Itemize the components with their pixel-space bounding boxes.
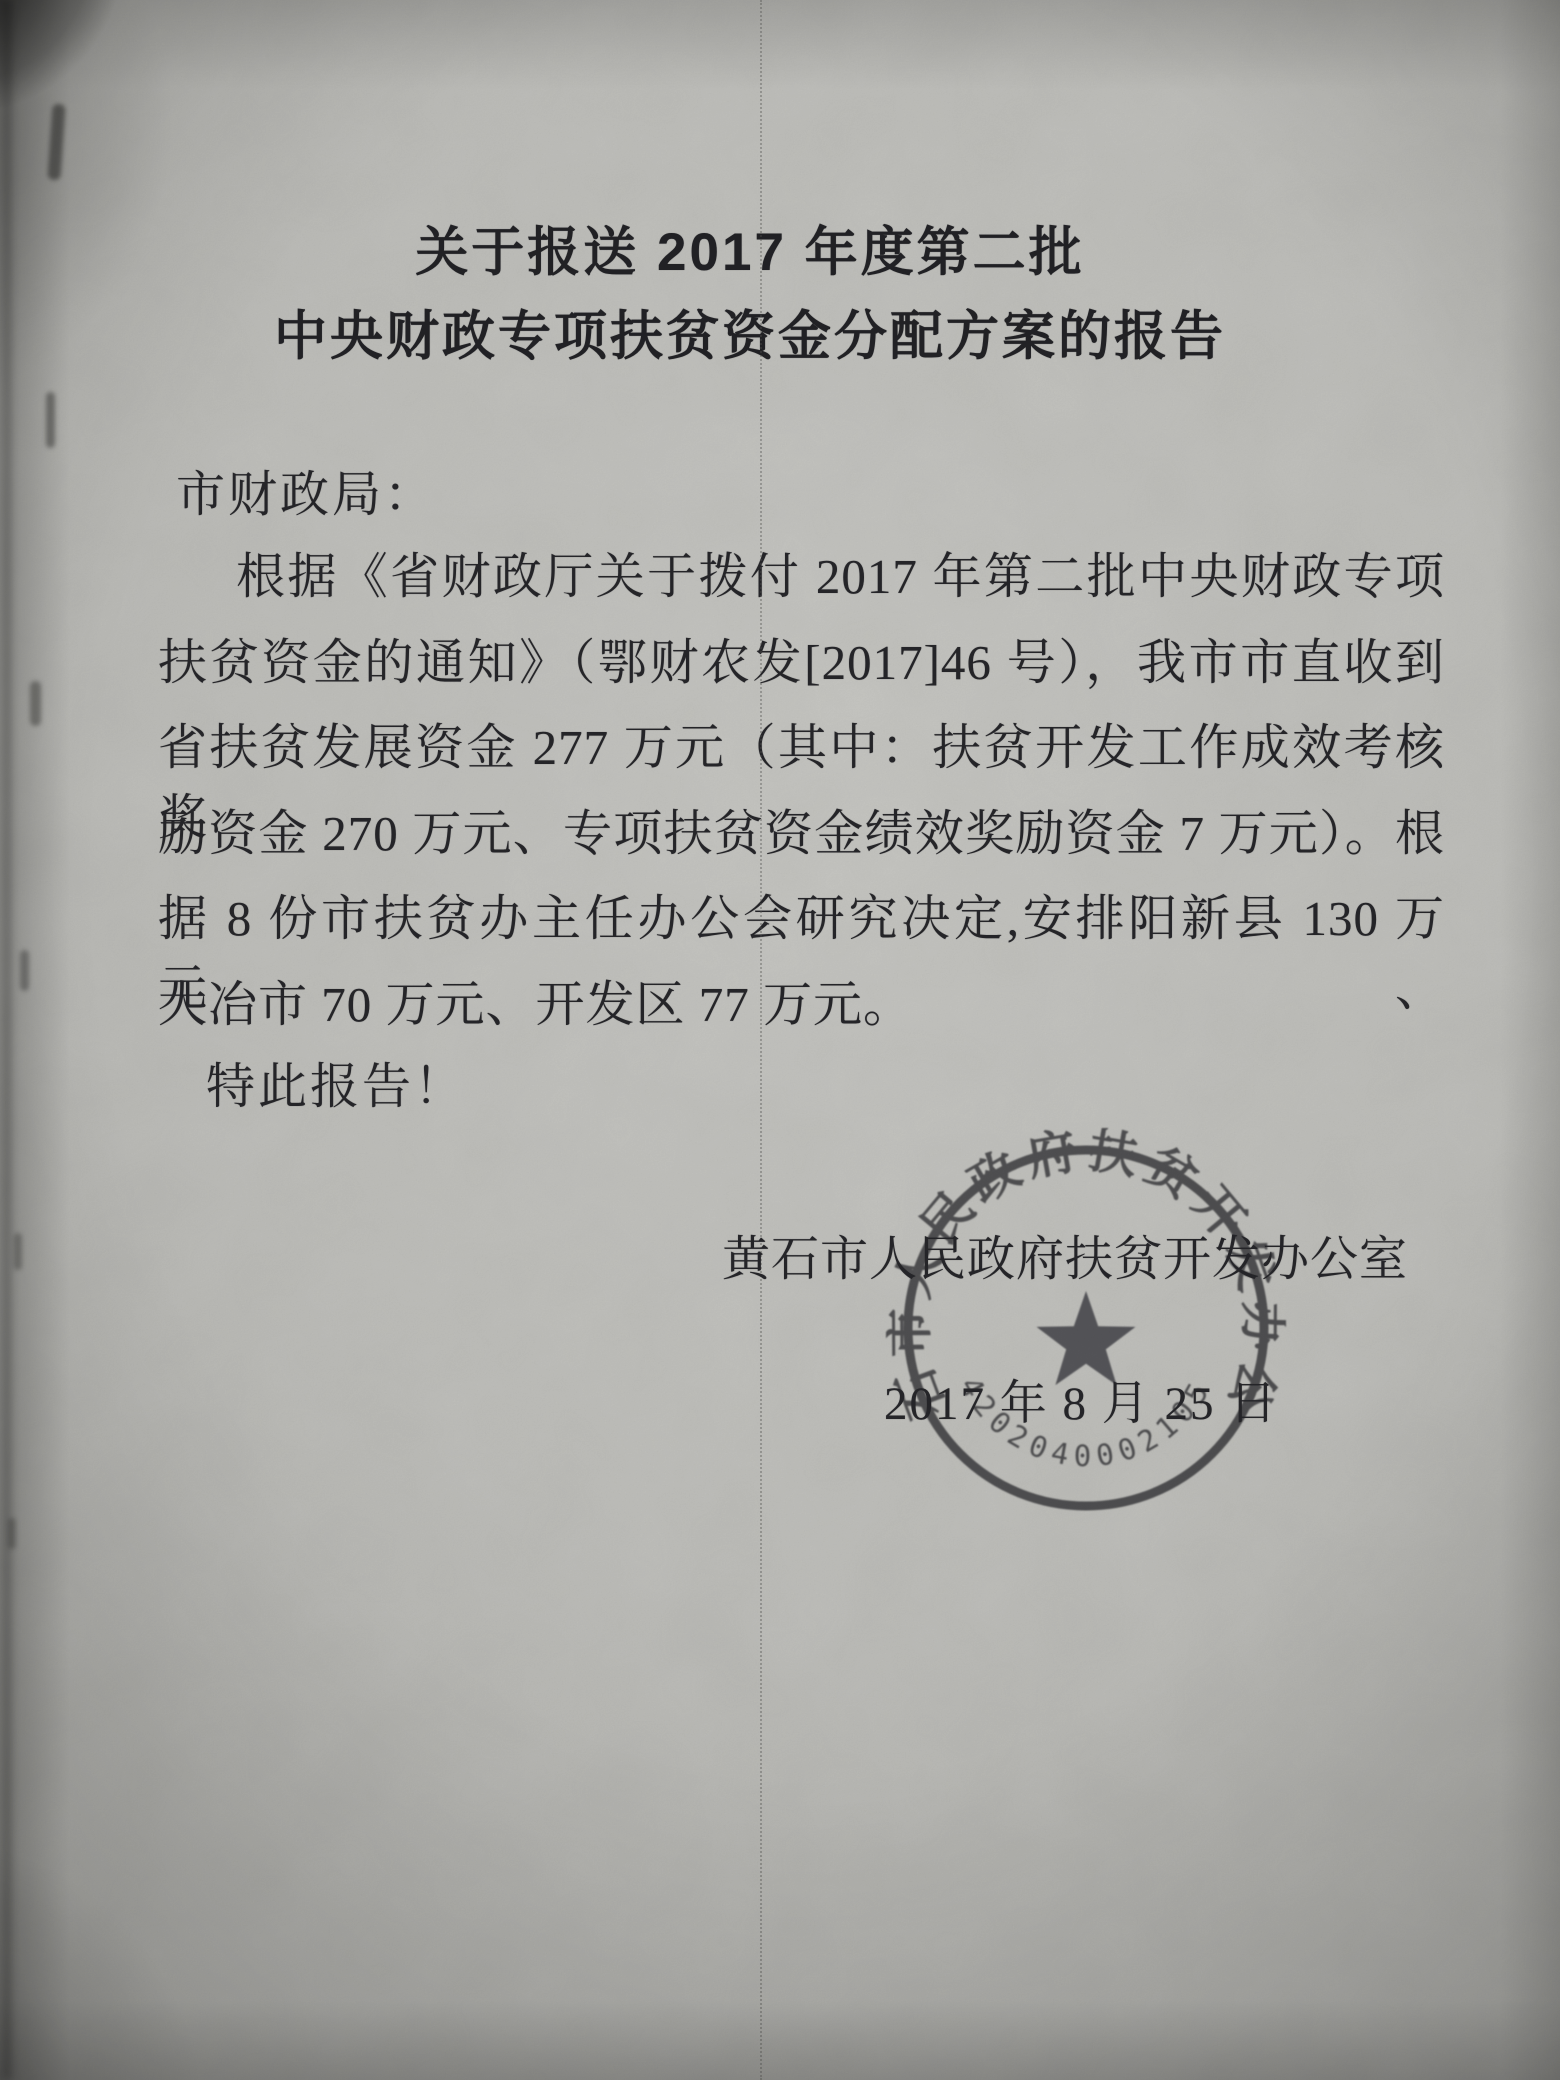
- document-date: 2017 年 8 月 25 日: [884, 1366, 1278, 1433]
- photo-edge-smudge: [14, 1233, 22, 1270]
- body-line: 扶贫资金的通知》（鄂财农发[2017]46 号），我市市直收到: [158, 624, 1445, 710]
- scanned-document-page: 关于报送 2017 年度第二批 中央财政专项扶贫资金分配方案的报告 市财政局： …: [0, 0, 1560, 2080]
- closing-phrase: 特此报告！: [206, 1048, 466, 1118]
- body-line: 据 8 份市扶贫办主任办公会研究决定,安排阳新县 130 万元、: [158, 880, 1445, 966]
- photo-edge-shadow: [2, 0, 12, 2080]
- issuing-office-signature: 黄石市人民政府扶贫开发办公室: [722, 1220, 1408, 1289]
- photo-edge-smudge: [20, 950, 29, 991]
- document-title-line2: 中央财政专项扶贫资金分配方案的报告: [0, 294, 1500, 370]
- photo-edge-smudge: [46, 392, 55, 448]
- paper-fold-line: [760, 0, 762, 2080]
- official-seal-stamp: 黄石市人民政府扶贫开发办公室 4202040002105: [886, 1128, 1286, 1528]
- body-paragraph: 根据《省财政厅关于拨付 2017 年第二批中央财政专项 扶贫资金的通知》（鄂财农…: [158, 538, 1445, 1051]
- photo-edge-smudge: [47, 104, 65, 181]
- body-line: 根据《省财政厅关于拨付 2017 年第二批中央财政专项: [158, 538, 1445, 624]
- salutation: 市财政局：: [176, 456, 436, 526]
- body-line: 励资金 270 万元、专项扶贫资金绩效奖励资金 7 万元）。根: [158, 795, 1445, 881]
- photo-edge-smudge: [30, 681, 41, 726]
- document-title-line1: 关于报送 2017 年度第二批: [0, 210, 1500, 286]
- body-line: 省扶贫发展资金 277 万元（其中：扶贫开发工作成效考核奖: [158, 709, 1445, 795]
